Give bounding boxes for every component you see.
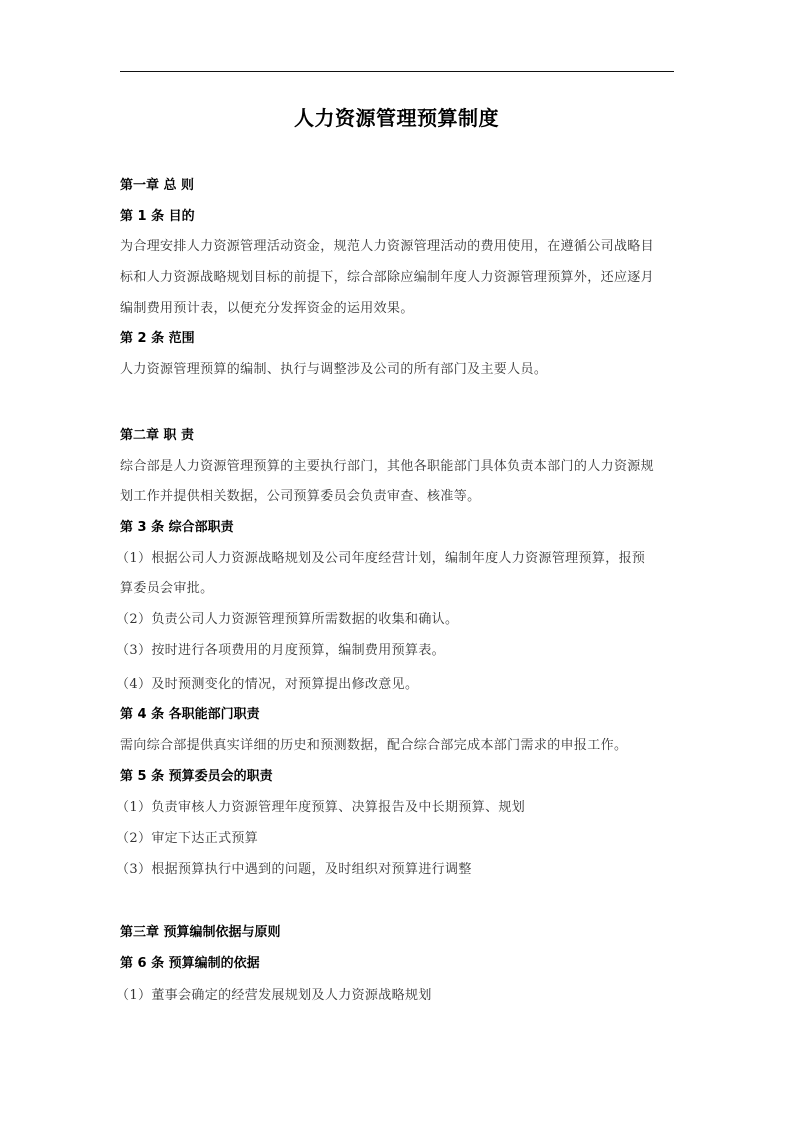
article-5-line-2: （2）审定下达正式预算	[116, 831, 676, 847]
chapter-2-heading: 第二章 职 责	[120, 428, 680, 444]
article-1-line-1: 为合理安排人力资源管理活动资金，规范人力资源管理活动的费用使用，在遵循公司战略目	[120, 239, 680, 255]
article-3-line-5: （4）及时预测变化的情况，对预算提出修改意见。	[116, 677, 676, 693]
article-3-line-4: （3）按时进行各项费用的月度预算，编制费用预算表。	[116, 643, 676, 659]
article-6-line-1: （1）董事会确定的经营发展规划及人力资源战略规划	[116, 988, 676, 1004]
article-1-line-3: 编制费用预计表，以便充分发挥资金的运用效果。	[120, 301, 680, 317]
article-3-heading: 第 3 条 综合部职责	[120, 520, 680, 536]
chapter-2-intro-line-2: 划工作并提供相关数据，公司预算委员会负责审查、核准等。	[120, 489, 680, 505]
article-3-line-2: 算委员会审批。	[120, 581, 680, 597]
article-1-line-2: 标和人力资源战略规划目标的前提下，综合部除应编制年度人力资源管理预算外，还应逐月	[120, 270, 680, 286]
chapter-2-intro-line-1: 综合部是人力资源管理预算的主要执行部门，其他各职能部门具体负责本部门的人力资源规	[120, 459, 680, 475]
document-title: 人力资源管理预算制度	[0, 102, 793, 131]
article-3-line-1: （1）根据公司人力资源战略规划及公司年度经营计划，编制年度人力资源管理预算，报预	[116, 551, 676, 567]
article-3-line-3: （2）负责公司人力资源管理预算所需数据的收集和确认。	[116, 612, 676, 628]
chapter-1-heading: 第一章 总 则	[120, 178, 680, 194]
article-5-line-1: （1）负责审核人力资源管理年度预算、决算报告及中长期预算、规划	[116, 800, 676, 816]
article-4-line-1: 需向综合部提供真实详细的历史和预测数据，配合综合部完成本部门需求的申报工作。	[120, 738, 680, 754]
article-1-heading: 第 1 条 目的	[120, 209, 680, 225]
article-2-line-1: 人力资源管理预算的编制、执行与调整涉及公司的所有部门及主要人员。	[120, 362, 680, 378]
article-6-heading: 第 6 条 预算编制的依据	[120, 956, 680, 972]
article-5-heading: 第 5 条 预算委员会的职责	[120, 769, 680, 785]
article-5-line-3: （3）根据预算执行中遇到的问题，及时组织对预算进行调整	[116, 862, 676, 878]
article-2-heading: 第 2 条 范围	[120, 331, 680, 347]
header-rule	[120, 71, 674, 72]
article-4-heading: 第 4 条 各职能部门职责	[120, 707, 680, 723]
chapter-3-heading: 第三章 预算编制依据与原则	[120, 925, 680, 941]
